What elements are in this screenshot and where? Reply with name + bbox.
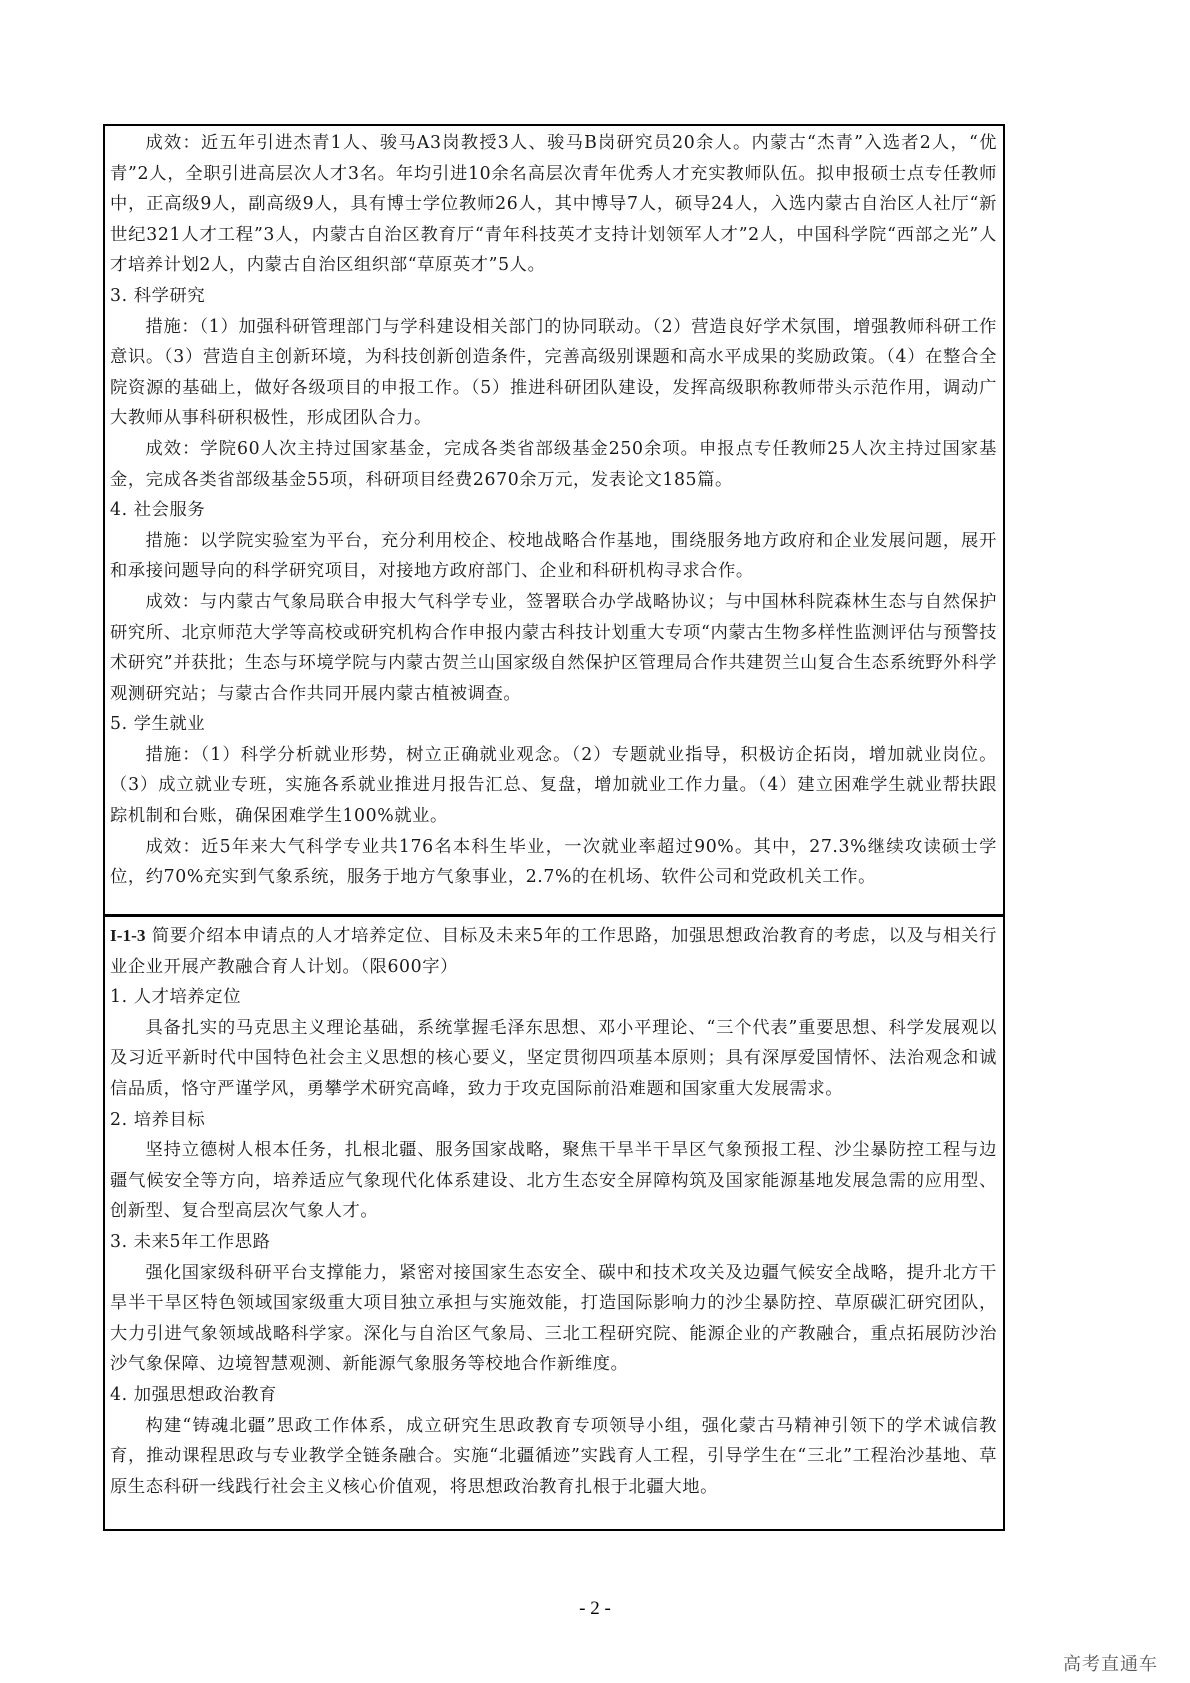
form-table: 成效：近五年引进杰青1人、骏马A3岗教授3人、骏马B岗研究员20余人。内蒙古“杰… xyxy=(103,124,1005,1531)
heading-employment: 5. 学生就业 xyxy=(110,709,997,740)
research-achievement-paragraph: 成效：学院60人次主持过国家基金，完成各类省部级基金250余项。申报点专任教师2… xyxy=(110,434,997,495)
service-achievement-paragraph: 成效：与内蒙古气象局联合申报大气科学专业，签署联合办学战略协议；与中国林科院森林… xyxy=(110,587,997,709)
heading-goals: 2. 培养目标 xyxy=(110,1105,997,1136)
section-b-cell: I-1-3 简要介绍本申请点的人才培养定位、目标及未来5年的工作思路，加强思想政… xyxy=(105,914,1003,1529)
research-measures-paragraph: 措施：（1）加强科研管理部门与学科建设相关部门的协同联动。（2）营造良好学术氛围… xyxy=(110,312,997,434)
watermark: 高考直通车 xyxy=(1063,1650,1158,1676)
positioning-paragraph: 具备扎实的马克思主义理论基础，系统掌握毛泽东思想、邓小平理论、“三个代表”重要思… xyxy=(110,1013,997,1105)
question-title: I-1-3 简要介绍本申请点的人才培养定位、目标及未来5年的工作思路，加强思想政… xyxy=(110,921,997,982)
question-code: I-1-3 xyxy=(110,926,146,945)
heading-political-education: 4. 加强思想政治教育 xyxy=(110,1380,997,1411)
heading-positioning: 1. 人才培养定位 xyxy=(110,982,997,1013)
employment-achievement-paragraph: 成效：近5年来大气科学专业共176名本科生毕业，一次就业率超过90%。其中，27… xyxy=(110,832,997,893)
service-measures-paragraph: 措施：以学院实验室为平台，充分利用校企、校地战略合作基地，围绕服务地方政府和企业… xyxy=(110,526,997,587)
page-number: - 2 - xyxy=(0,1598,1190,1620)
future-plan-paragraph: 强化国家级科研平台支撑能力，紧密对接国家生态安全、碳中和技术攻关及边疆气候安全战… xyxy=(110,1258,997,1380)
heading-future-plan: 3. 未来5年工作思路 xyxy=(110,1227,997,1258)
heading-social-service: 4. 社会服务 xyxy=(110,495,997,526)
section-a-cell: 成效：近五年引进杰青1人、骏马A3岗教授3人、骏马B岗研究员20余人。内蒙古“杰… xyxy=(105,126,1003,914)
question-text: 简要介绍本申请点的人才培养定位、目标及未来5年的工作思路，加强思想政治教育的考虑… xyxy=(110,926,997,977)
political-education-paragraph: 构建“铸魂北疆”思政工作体系，成立研究生思政教育专项领导小组，强化蒙古马精神引领… xyxy=(110,1411,997,1503)
employment-measures-paragraph: 措施：（1）科学分析就业形势，树立正确就业观念。（2）专题就业指导，积极访企拓岗… xyxy=(110,740,997,832)
achievement-talent-paragraph: 成效：近五年引进杰青1人、骏马A3岗教授3人、骏马B岗研究员20余人。内蒙古“杰… xyxy=(110,128,997,281)
goals-paragraph: 坚持立德树人根本任务，扎根北疆、服务国家战略，聚焦干旱半干旱区气象预报工程、沙尘… xyxy=(110,1135,997,1227)
heading-research: 3. 科学研究 xyxy=(110,281,997,312)
